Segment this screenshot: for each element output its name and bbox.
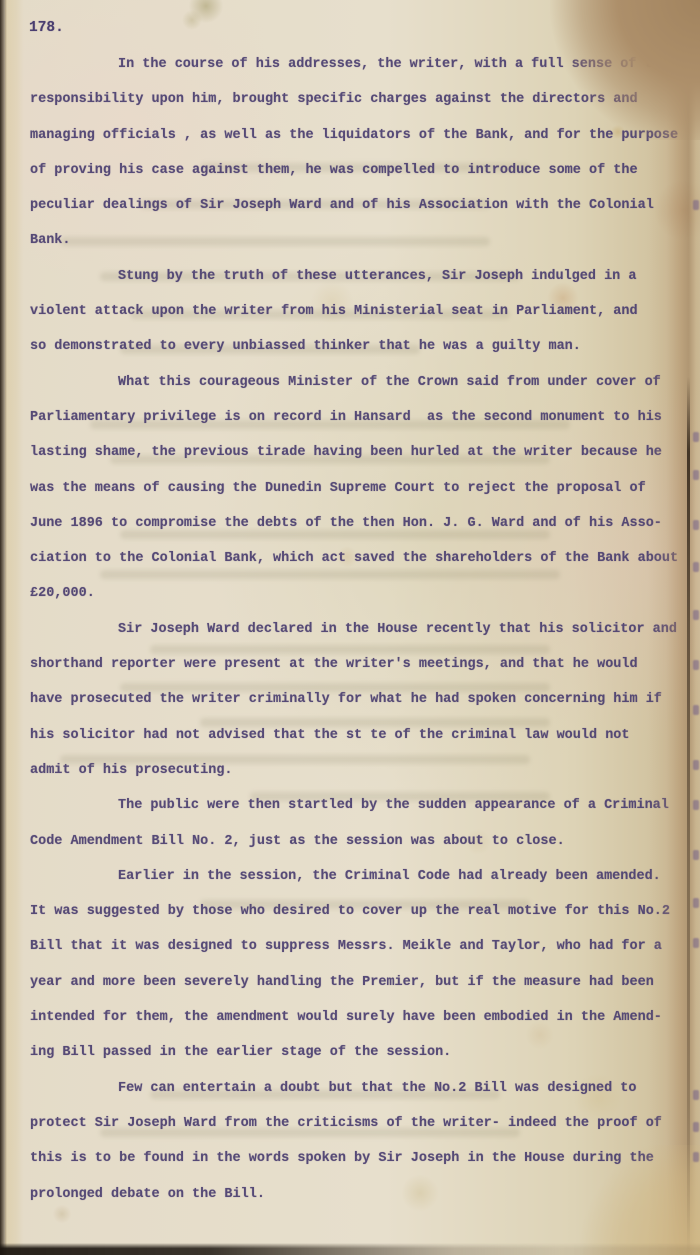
body-text: In the course of his addresses, the writ…	[30, 47, 692, 1212]
adjacent-page-ink-fragment	[693, 898, 699, 908]
text-line: managing officials , as well as the liqu…	[30, 118, 692, 153]
text-line: Sir Joseph Ward declared in the House re…	[30, 612, 692, 647]
text-line: ciation to the Colonial Bank, which act …	[30, 541, 692, 576]
text-line: was the means of causing the Dunedin Sup…	[30, 471, 692, 506]
text-line: admit of his prosecuting.	[30, 753, 692, 788]
text-line: Bill that it was designed to suppress Me…	[30, 929, 692, 964]
page-edge-left-dark	[0, 0, 7, 1255]
text-line: prolonged debate on the Bill.	[30, 1177, 692, 1212]
adjacent-page-ink-fragment	[693, 705, 699, 715]
adjacent-page-ink-fragment	[693, 610, 699, 620]
adjacent-page-ink-fragment	[693, 660, 699, 670]
text-line: intended for them, the amendment would s…	[30, 1000, 692, 1035]
text-line: Few can entertain a doubt but that the N…	[30, 1071, 692, 1106]
adjacent-page-ink-fragment	[693, 470, 699, 480]
adjacent-page-ink-fragment	[693, 800, 699, 810]
adjacent-page-ink-fragment	[693, 1090, 699, 1100]
text-line: shorthand reporter were present at the w…	[30, 647, 692, 682]
text-line: It was suggested by those who desired to…	[30, 894, 692, 929]
text-line: In the course of his addresses, the writ…	[30, 47, 692, 82]
adjacent-page-ink-fragment	[693, 432, 699, 442]
adjacent-page-ink-fragment	[693, 850, 699, 860]
adjacent-page-ink-fragment	[693, 938, 699, 948]
text-line: June 1896 to compromise the debts of the…	[30, 506, 692, 541]
page-number: 178.	[29, 20, 64, 36]
text-line: of proving his case against them, he was…	[30, 153, 692, 188]
text-line: lasting shame, the previous tirade havin…	[30, 435, 692, 470]
page-edge-left-light	[5, 0, 24, 1255]
adjacent-page-ink-fragment	[693, 562, 699, 572]
adjacent-page-ink-fragment	[693, 1152, 699, 1162]
text-line: so demonstrated to every unbiassed think…	[30, 329, 692, 364]
adjacent-page-ink-fragment	[693, 200, 699, 210]
text-line: The public were then startled by the sud…	[30, 788, 692, 823]
scanned-page: 178. In the course of his addresses, the…	[0, 0, 700, 1255]
text-line: Code Amendment Bill No. 2, just as the s…	[30, 824, 692, 859]
text-line: Earlier in the session, the Criminal Cod…	[30, 859, 692, 894]
text-line: ing Bill passed in the earlier stage of …	[30, 1035, 692, 1070]
text-line: Stung by the truth of these utterances, …	[30, 259, 692, 294]
adjacent-page-ink-fragment	[693, 520, 699, 530]
text-line: responsibility upon him, brought specifi…	[30, 82, 692, 117]
text-line: violent attack upon the writer from his …	[30, 294, 692, 329]
text-line: What this courageous Minister of the Cro…	[30, 365, 692, 400]
text-line: £20,000.	[30, 576, 692, 611]
text-line: his solicitor had not advised that the s…	[30, 718, 692, 753]
adjacent-page-ink-fragment	[693, 1122, 699, 1132]
text-line: Parliamentary privilege is on record in …	[30, 400, 692, 435]
text-line: protect Sir Joseph Ward from the critici…	[30, 1106, 692, 1141]
text-line: peculiar dealings of Sir Joseph Ward and…	[30, 188, 692, 223]
page-edge-bottom	[0, 1243, 700, 1255]
text-line: year and more been severely handling the…	[30, 965, 692, 1000]
adjacent-page-ink-fragment	[693, 760, 699, 770]
text-line: have prosecuted the writer criminally fo…	[30, 682, 692, 717]
text-line: this is to be found in the words spoken …	[30, 1141, 692, 1176]
text-line: Bank.	[30, 223, 692, 258]
